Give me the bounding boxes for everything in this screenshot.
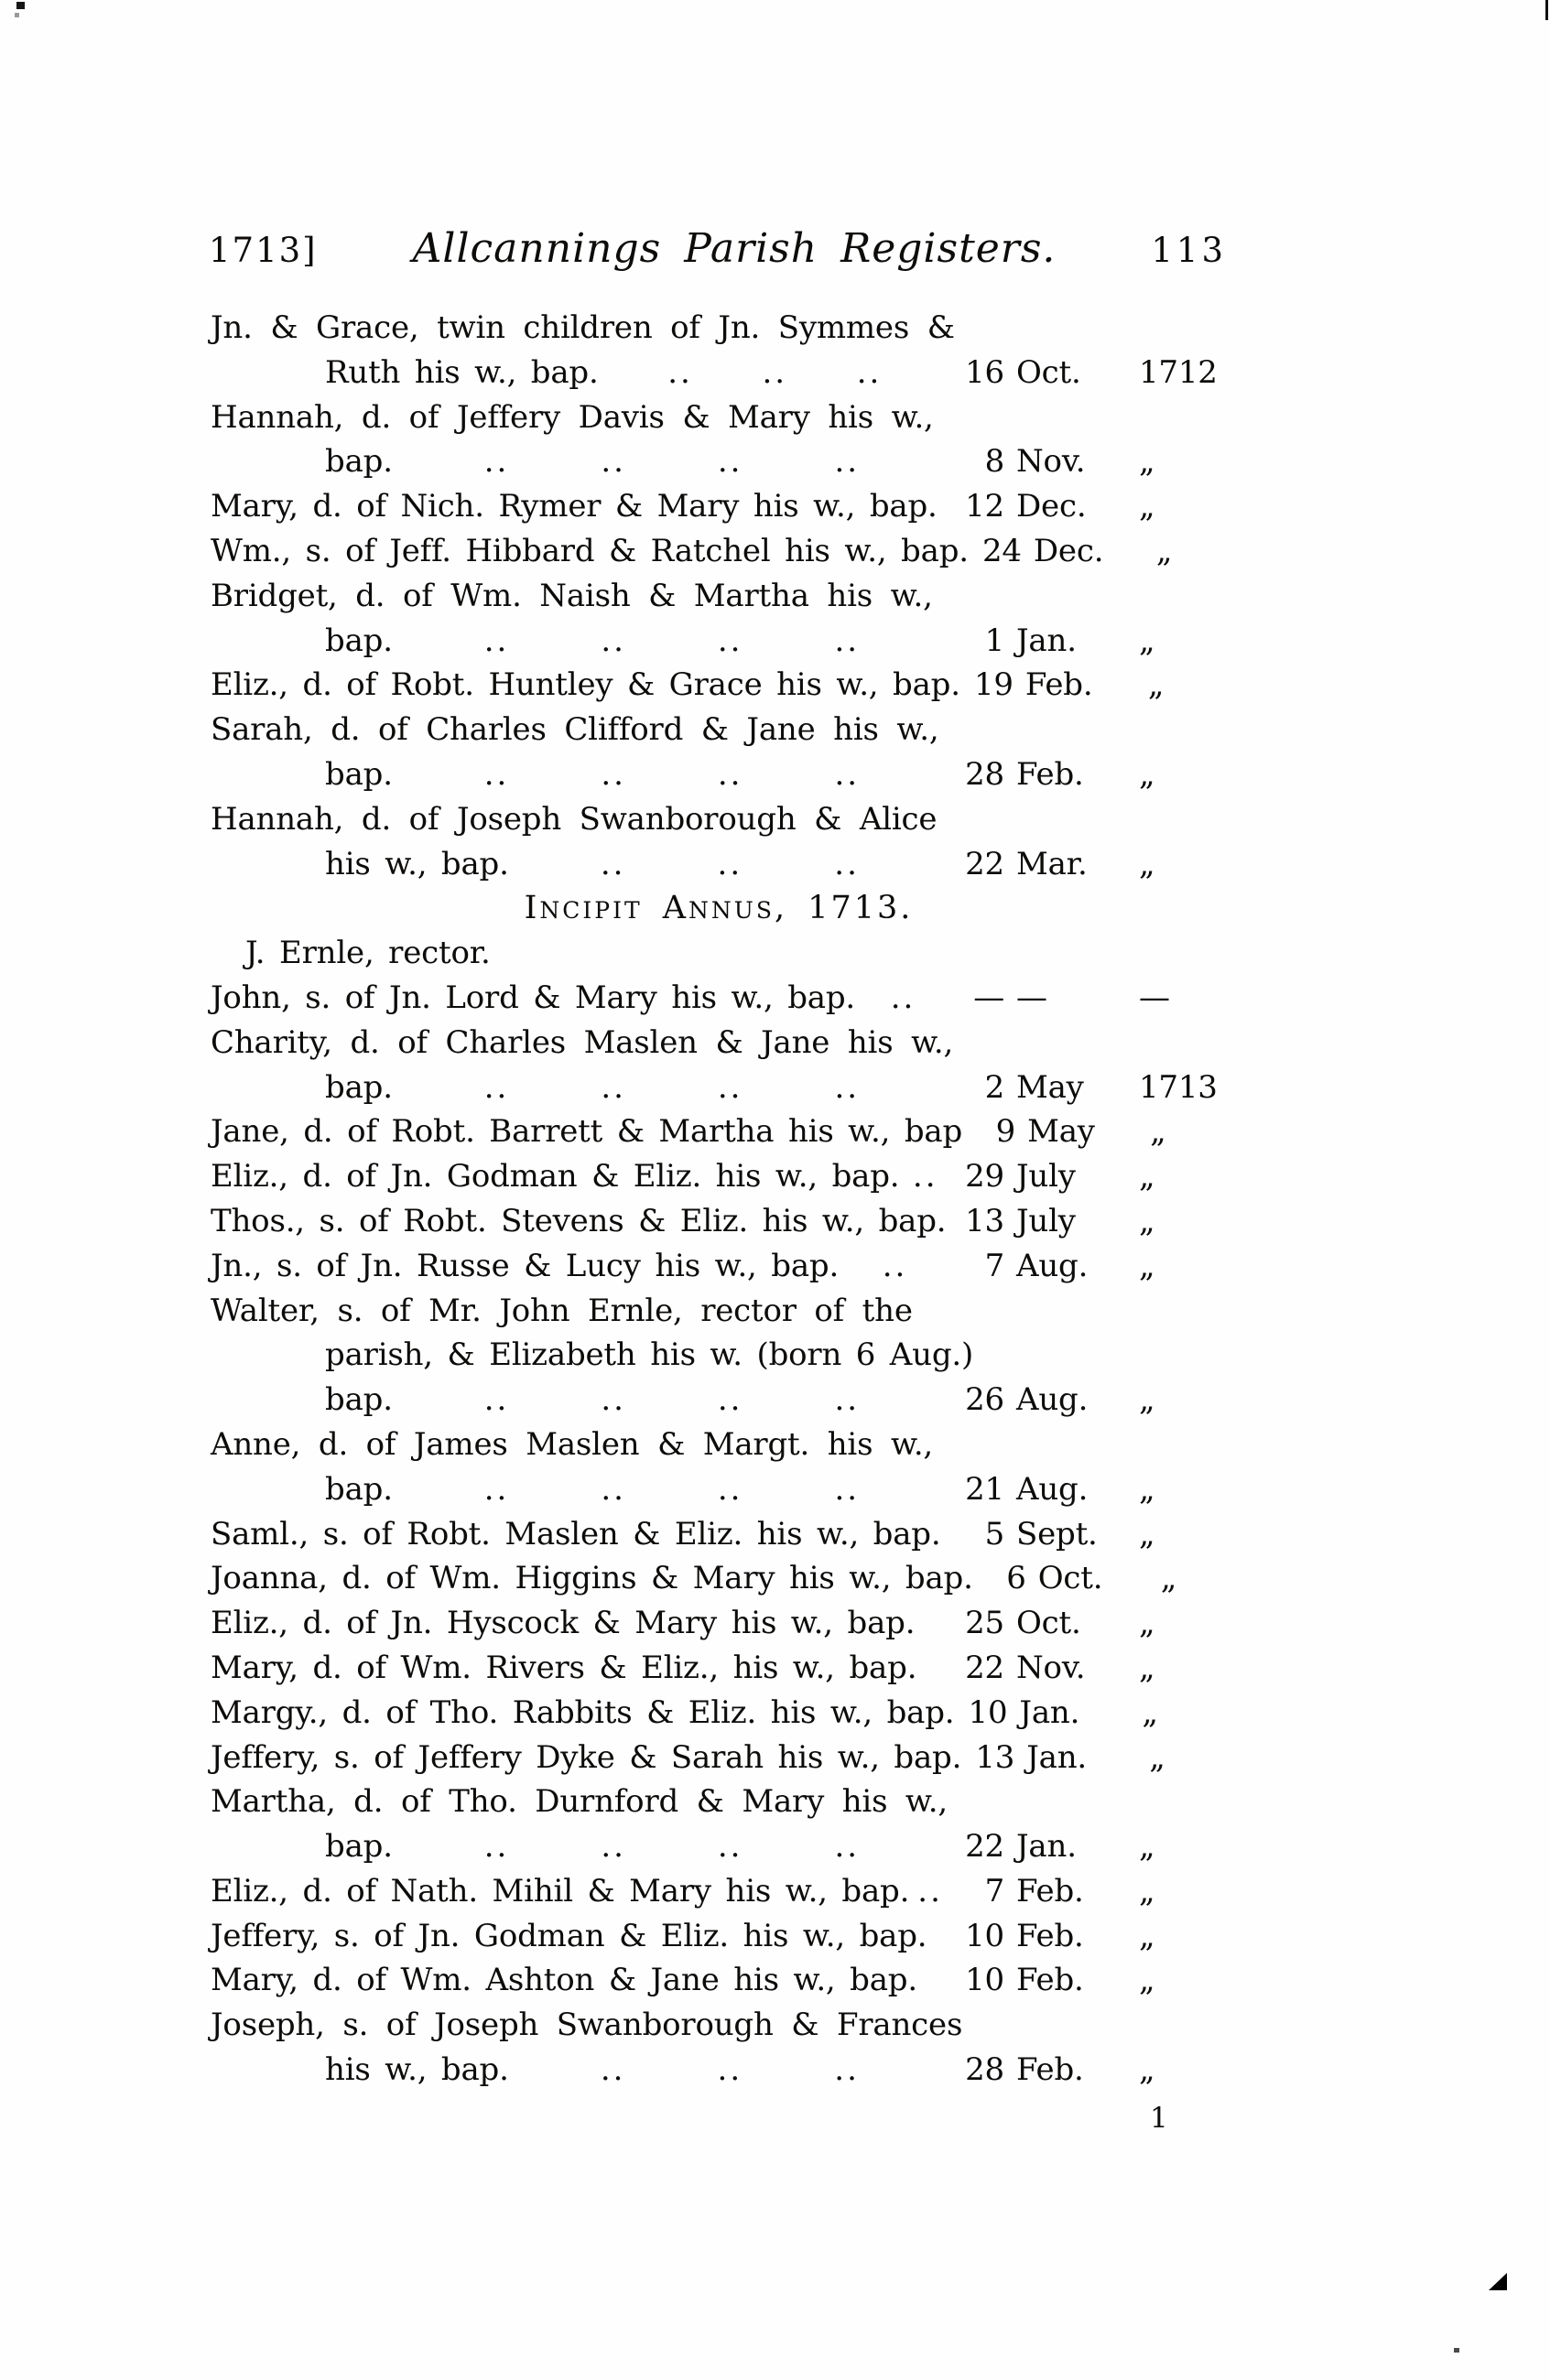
register-line: Joanna, d. of Wm. Higgins & Mary his w.,… — [211, 1560, 1227, 1605]
entry-text: bap. — [211, 1381, 393, 1418]
entry-text: Thos., s. of Robt. Stevens & Eliz. his w… — [211, 1203, 946, 1239]
leader-dots: .. — [718, 1381, 743, 1418]
date-year-or-ditto: „ — [1115, 756, 1227, 793]
date-day: 12 — [951, 488, 1004, 525]
date-day: 21 — [951, 1471, 1004, 1508]
date-day: 24 — [969, 533, 1022, 569]
date-year-or-ditto: „ — [1115, 2051, 1227, 2088]
leader-dots: .. — [484, 756, 510, 793]
dot-leaders: .. — [855, 979, 951, 1016]
leader-dots: .. — [484, 443, 510, 480]
entry-text: Eliz., d. of Nath. Mihil & Mary his w., … — [211, 1873, 909, 1909]
date-day: 22 — [951, 1828, 1004, 1865]
date-day: 10 — [951, 1962, 1004, 1998]
date-month: Jan. — [1007, 1694, 1118, 1731]
entry-text: Mary, d. of Nich. Rymer & Mary his w., b… — [211, 488, 938, 525]
register-line: his w., bap.......22Mar.„ — [211, 846, 1227, 891]
date-year-or-ditto: „ — [1137, 1560, 1249, 1596]
date-day: 28 — [951, 2051, 1004, 2088]
date-month: Aug. — [1004, 1248, 1115, 1284]
entry-text: bap. — [211, 622, 393, 659]
register-line: Hannah, d. of Joseph Swanborough & Alice — [211, 801, 1227, 846]
date-month: Feb. — [1004, 1962, 1115, 1998]
register-line: bap.........26Aug.„ — [211, 1381, 1227, 1426]
entry-text: Walter, s. of Mr. John Ernle, rector of … — [211, 1293, 913, 1329]
date-year-or-ditto: — — [1115, 979, 1227, 1016]
date-month: Nov. — [1004, 1650, 1115, 1686]
date-year-or-ditto: „ — [1115, 1158, 1227, 1195]
date-month: Nov. — [1004, 443, 1115, 480]
leader-dots: .. — [718, 622, 743, 659]
entry-text: Eliz., d. of Jn. Hyscock & Mary his w., … — [211, 1605, 915, 1641]
leader-dots: .. — [718, 2051, 743, 2088]
date-day: 8 — [951, 443, 1004, 480]
date-month: Aug. — [1004, 1471, 1115, 1508]
scan-triangle-artifact — [1489, 2273, 1507, 2290]
date-year-or-ditto: „ — [1133, 533, 1244, 569]
dot-leaders: .. — [909, 1873, 951, 1909]
leader-dots: .. — [601, 622, 626, 659]
leader-dots: .. — [718, 1471, 743, 1508]
date-day: 2 — [951, 1069, 1004, 1106]
date-month: May — [1004, 1069, 1115, 1106]
leader-dots: .. — [834, 1471, 860, 1508]
date-month: Aug. — [1004, 1381, 1115, 1418]
date-year-or-ditto: „ — [1115, 488, 1227, 525]
entry-text: Joanna, d. of Wm. Higgins & Mary his w.,… — [211, 1560, 973, 1596]
rector-line: J. Ernle, rector. — [211, 935, 1227, 979]
incipit-annus-heading: Incipit Annus, 1713. — [211, 890, 1227, 935]
dot-leaders: ........ — [393, 1828, 951, 1865]
date-month: July — [1004, 1203, 1115, 1239]
date-day: 28 — [951, 756, 1004, 793]
register-line: Jane, d. of Robt. Barrett & Martha his w… — [211, 1113, 1227, 1158]
dot-leaders: ...... — [599, 354, 951, 391]
date-year-or-ditto: „ — [1115, 1873, 1227, 1909]
dot-leaders: ........ — [393, 443, 951, 480]
date-month: Sept. — [1004, 1516, 1115, 1552]
register-line: Eliz., d. of Jn. Hyscock & Mary his w., … — [211, 1605, 1227, 1650]
date-month: — — [1004, 979, 1115, 1016]
register-line: Margy., d. of Tho. Rabbits & Eliz. his w… — [211, 1694, 1227, 1739]
date-day: 10 — [951, 1918, 1004, 1954]
register-line: Ruth his w., bap.......16Oct.1712 — [211, 354, 1227, 399]
date-year-or-ditto: „ — [1115, 1828, 1227, 1865]
date-month: Oct. — [1004, 1605, 1115, 1641]
date-day: 10 — [954, 1694, 1007, 1731]
entry-text: bap. — [211, 756, 393, 793]
entry-text: Mary, d. of Wm. Ashton & Jane his w., ba… — [211, 1962, 917, 1998]
date-month: May — [1015, 1113, 1126, 1150]
date-day: 1 — [951, 622, 1004, 659]
scan-edge-line-top-right — [1545, 0, 1548, 20]
register-line: bap.........1Jan.„ — [211, 622, 1227, 667]
date-month: Dec. — [1022, 533, 1133, 569]
date-year-or-ditto: „ — [1115, 1962, 1227, 1998]
date-day: 9 — [962, 1113, 1015, 1150]
register-line: Eliz., d. of Robt. Huntley & Grace his w… — [211, 666, 1227, 711]
leader-dots: .. — [883, 1248, 908, 1284]
date-year-or-ditto: „ — [1115, 1248, 1227, 1284]
date-month: Feb. — [1004, 1918, 1115, 1954]
entry-text: Martha, d. of Tho. Durnford & Mary his w… — [211, 1783, 948, 1820]
date-year-or-ditto: „ — [1115, 622, 1227, 659]
register-line: Jn., s. of Jn. Russe & Lucy his w., bap.… — [211, 1248, 1227, 1293]
leader-dots: .. — [484, 622, 510, 659]
date-month: Feb. — [1004, 1873, 1115, 1909]
date-month: Dec. — [1004, 488, 1115, 525]
register-line: Charity, d. of Charles Maslen & Jane his… — [211, 1024, 1227, 1069]
date-year-or-ditto: „ — [1118, 1694, 1230, 1731]
entry-text: bap. — [211, 1471, 393, 1508]
entry-text: Wm., s. of Jeff. Hibbard & Ratchel his w… — [211, 533, 969, 569]
entry-text: J. Ernle, rector. — [211, 935, 491, 971]
date-year-or-ditto: „ — [1115, 1650, 1227, 1686]
register-line: bap.........21Aug.„ — [211, 1471, 1227, 1516]
date-year-or-ditto: „ — [1115, 1203, 1227, 1239]
register-line: Walter, s. of Mr. John Ernle, rector of … — [211, 1293, 1227, 1337]
leader-dots: .. — [601, 2051, 626, 2088]
leader-dots: .. — [913, 1158, 938, 1195]
leader-dots: .. — [834, 1828, 860, 1865]
leader-dots: .. — [718, 756, 743, 793]
date-day: — — [951, 979, 1004, 1016]
entry-text: Mary, d. of Wm. Rivers & Eliz., his w., … — [211, 1650, 916, 1686]
page-title: Allcannings Parish Registers. — [318, 225, 1152, 272]
dot-leaders: ........ — [393, 622, 951, 659]
entry-text: Jn. & Grace, twin children of Jn. Symmes… — [211, 309, 955, 346]
register-line: Anne, d. of James Maslen & Margt. his w.… — [211, 1426, 1227, 1471]
register-line: Thos., s. of Robt. Stevens & Eliz. his w… — [211, 1203, 1227, 1248]
date-day: 13 — [961, 1739, 1014, 1776]
date-day: 29 — [951, 1158, 1004, 1195]
date-month: Oct. — [1004, 354, 1115, 391]
entry-text: Ruth his w., bap. — [211, 354, 599, 391]
register-line: Mary, d. of Nich. Rymer & Mary his w., b… — [211, 488, 1227, 533]
date-year-or-ditto: „ — [1125, 1739, 1237, 1776]
leader-dots: .. — [834, 443, 860, 480]
leader-dots: .. — [834, 622, 860, 659]
date-year-or-ditto: „ — [1115, 846, 1227, 882]
leader-dots: .. — [834, 1069, 860, 1106]
entry-text: Saml., s. of Robt. Maslen & Eliz. his w.… — [211, 1516, 940, 1552]
date-month: July — [1004, 1158, 1115, 1195]
date-month: Feb. — [1004, 2051, 1115, 2088]
leader-dots: .. — [601, 1069, 626, 1106]
register-line: Jeffery, s. of Jeffery Dyke & Sarah his … — [211, 1739, 1227, 1784]
entry-text: Jeffery, s. of Jeffery Dyke & Sarah his … — [211, 1739, 961, 1776]
entry-text: Hannah, d. of Jeffery Davis & Mary his w… — [211, 399, 934, 436]
date-day: 13 — [951, 1203, 1004, 1239]
date-day: 7 — [951, 1873, 1004, 1909]
entry-text: Anne, d. of James Maslen & Margt. his w.… — [211, 1426, 933, 1463]
entry-text: Jn., s. of Jn. Russe & Lucy his w., bap. — [211, 1248, 839, 1284]
leader-dots: .. — [891, 979, 916, 1016]
register-line: Eliz., d. of Nath. Mihil & Mary his w., … — [211, 1873, 1227, 1918]
date-month: Feb. — [1013, 666, 1124, 703]
register-line: Saml., s. of Robt. Maslen & Eliz. his w.… — [211, 1516, 1227, 1561]
entry-text: Eliz., d. of Jn. Godman & Eliz. his w., … — [211, 1158, 899, 1195]
date-day: 22 — [951, 846, 1004, 882]
register-line: Martha, d. of Tho. Durnford & Mary his w… — [211, 1783, 1227, 1828]
scan-speck-top-left — [16, 2, 25, 9]
date-day: 22 — [951, 1650, 1004, 1686]
date-month: Oct. — [1026, 1560, 1137, 1596]
leader-dots: .. — [834, 2051, 860, 2088]
date-day: 19 — [960, 666, 1013, 703]
dot-leaders: ........ — [393, 1069, 951, 1106]
register-body: Jn. & Grace, twin children of Jn. Symmes… — [211, 309, 1227, 2096]
scanned-book-page: 1713] Allcannings Parish Registers. 113 … — [0, 0, 1550, 2380]
header-year-bracket: 1713] — [209, 231, 318, 270]
scan-speck-top-left-2 — [15, 13, 19, 17]
date-year-or-ditto: „ — [1115, 443, 1227, 480]
register-line: Mary, d. of Wm. Rivers & Eliz., his w., … — [211, 1650, 1227, 1694]
register-line: Joseph, s. of Joseph Swanborough & Franc… — [211, 2007, 1227, 2051]
leader-dots: .. — [834, 846, 860, 882]
leader-dots: .. — [667, 354, 693, 391]
dot-leaders: ...... — [509, 2051, 951, 2088]
date-year-or-ditto: „ — [1115, 1471, 1227, 1508]
signature-mark: 1 — [1150, 2102, 1168, 2135]
leader-dots: .. — [484, 1381, 510, 1418]
leader-dots: .. — [834, 1381, 860, 1418]
date-year-or-ditto: 1713 — [1115, 1069, 1227, 1106]
leader-dots: .. — [601, 1471, 626, 1508]
register-line: Wm., s. of Jeff. Hibbard & Ratchel his w… — [211, 533, 1227, 578]
entry-text: bap. — [211, 443, 393, 480]
leader-dots: .. — [484, 1069, 510, 1106]
entry-text: Margy., d. of Tho. Rabbits & Eliz. his w… — [211, 1694, 954, 1731]
leader-dots: .. — [762, 354, 787, 391]
date-day: 5 — [951, 1516, 1004, 1552]
entry-text: Hannah, d. of Joseph Swanborough & Alice — [211, 801, 937, 838]
date-month: Jan. — [1004, 1828, 1115, 1865]
date-year-or-ditto: „ — [1126, 1113, 1238, 1150]
register-line: John, s. of Jn. Lord & Mary his w., bap.… — [211, 979, 1227, 1024]
register-line: Sarah, d. of Charles Clifford & Jane his… — [211, 711, 1227, 756]
leader-dots: .. — [601, 756, 626, 793]
date-month: Mar. — [1004, 846, 1115, 882]
date-year-or-ditto: „ — [1115, 1605, 1227, 1641]
register-line: Eliz., d. of Jn. Godman & Eliz. his w., … — [211, 1158, 1227, 1203]
dot-leaders: ........ — [393, 756, 951, 793]
dot-leaders: ........ — [393, 1381, 951, 1418]
date-month: Feb. — [1004, 756, 1115, 793]
entry-text: bap. — [211, 1069, 393, 1106]
leader-dots: .. — [834, 756, 860, 793]
register-line: parish, & Elizabeth his w. (born 6 Aug.) — [211, 1336, 1227, 1381]
register-line: Jn. & Grace, twin children of Jn. Symmes… — [211, 309, 1227, 354]
entry-text: Jeffery, s. of Jn. Godman & Eliz. his w.… — [211, 1918, 927, 1954]
register-line: Hannah, d. of Jeffery Davis & Mary his w… — [211, 399, 1227, 444]
register-line: bap.........28Feb.„ — [211, 756, 1227, 801]
register-line: Bridget, d. of Wm. Naish & Martha his w.… — [211, 578, 1227, 622]
leader-dots: .. — [484, 1828, 510, 1865]
entry-text: his w., bap. — [211, 846, 509, 882]
entry-text: Sarah, d. of Charles Clifford & Jane his… — [211, 711, 938, 748]
leader-dots: .. — [718, 1069, 743, 1106]
leader-dots: .. — [601, 1381, 626, 1418]
date-year-or-ditto: „ — [1115, 1918, 1227, 1954]
date-year-or-ditto: „ — [1115, 1516, 1227, 1552]
leader-dots: .. — [601, 846, 626, 882]
dot-leaders: .. — [839, 1248, 951, 1284]
entry-text: parish, & Elizabeth his w. (born 6 Aug.) — [211, 1336, 973, 1373]
leader-dots: .. — [718, 846, 743, 882]
date-month: Jan. — [1014, 1739, 1125, 1776]
register-line: his w., bap.......28Feb.„ — [211, 2051, 1227, 2096]
leader-dots: .. — [718, 443, 743, 480]
date-year-or-ditto: „ — [1115, 1381, 1227, 1418]
date-day: 26 — [951, 1381, 1004, 1418]
register-line: bap.........8Nov.„ — [211, 443, 1227, 488]
page-header: 1713] Allcannings Parish Registers. 113 — [209, 225, 1227, 272]
register-line: bap.........22Jan.„ — [211, 1828, 1227, 1873]
date-year-or-ditto: „ — [1124, 666, 1236, 703]
leader-dots: .. — [917, 1873, 943, 1909]
date-day: 6 — [973, 1560, 1026, 1596]
leader-dots: .. — [484, 1471, 510, 1508]
leader-dots: .. — [601, 443, 626, 480]
entry-text: Joseph, s. of Joseph Swanborough & Franc… — [211, 2007, 962, 2043]
register-line: Jeffery, s. of Jn. Godman & Eliz. his w.… — [211, 1918, 1227, 1963]
dot-leaders: ...... — [509, 846, 951, 882]
date-day: 16 — [951, 354, 1004, 391]
page-number: 113 — [1151, 231, 1227, 270]
entry-text: Bridget, d. of Wm. Naish & Martha his w.… — [211, 578, 933, 614]
date-day: 25 — [951, 1605, 1004, 1641]
register-line: bap.........2May1713 — [211, 1069, 1227, 1114]
entry-text: bap. — [211, 1828, 393, 1865]
entry-text: John, s. of Jn. Lord & Mary his w., bap. — [211, 979, 855, 1016]
entry-text: Charity, d. of Charles Maslen & Jane his… — [211, 1024, 953, 1061]
entry-text: his w., bap. — [211, 2051, 509, 2088]
leader-dots: .. — [857, 354, 883, 391]
leader-dots: .. — [718, 1828, 743, 1865]
dot-leaders: ........ — [393, 1471, 951, 1508]
scan-speck-bottom-right — [1454, 2348, 1459, 2353]
date-day: 7 — [951, 1248, 1004, 1284]
leader-dots: .. — [601, 1828, 626, 1865]
dot-leaders: .. — [899, 1158, 951, 1195]
entry-text: Eliz., d. of Robt. Huntley & Grace his w… — [211, 666, 960, 703]
register-line: Mary, d. of Wm. Ashton & Jane his w., ba… — [211, 1962, 1227, 2007]
date-month: Jan. — [1004, 622, 1115, 659]
entry-text: Jane, d. of Robt. Barrett & Martha his w… — [211, 1113, 962, 1150]
date-year-or-ditto: 1712 — [1115, 354, 1227, 391]
